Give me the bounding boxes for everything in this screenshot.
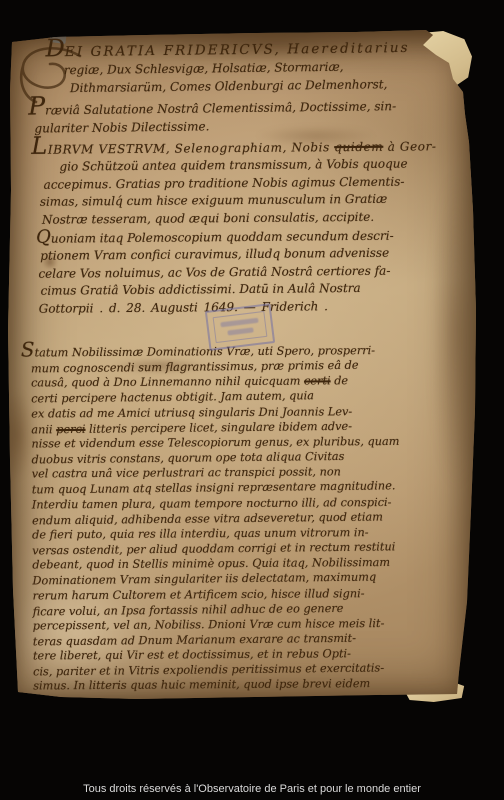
manuscript-page: DEI GRATIA FRIDERICVS, Haereditariusregi… <box>6 30 478 702</box>
text-segment: anii <box>31 423 56 436</box>
text-segment: de <box>331 375 349 388</box>
copyright-caption: Tous droits réservés à l'Observatoire de… <box>0 783 504 795</box>
stamp-illegible-text-row <box>227 327 253 335</box>
manuscript-line: LIBRVM VESTRVM, Selenographiam, Nobis qu… <box>31 134 475 159</box>
struck-word: certi <box>304 375 331 388</box>
scanned-manuscript-photo: DEI GRATIA FRIDERICVS, Haereditariusregi… <box>0 0 504 800</box>
struck-word: quidem <box>334 140 383 154</box>
letter-body: LIBRVM VESTRVM, Selenographiam, Nobis qu… <box>5 134 477 318</box>
handwritten-text: DEI GRATIA FRIDERICVS, Haereditariusregi… <box>6 30 478 702</box>
stamp-illegible-text-row <box>220 318 258 328</box>
archive-stamp-inner-border <box>213 311 268 343</box>
text-segment: à Geor- <box>383 139 436 153</box>
text-segment: litteris percipere licet, singulare ibid… <box>85 420 352 436</box>
letter-heading: DEI GRATIA FRIDERICVS, Haereditariusregi… <box>5 35 476 139</box>
letter-postscript: Statum Nobilissimæ Dominationis Vræ, uti… <box>5 339 477 694</box>
text-segment: LIBRVM VESTRVM, Selenographiam, Nobis <box>31 140 334 157</box>
text-segment: causâ, quod à Dno Linnemanno nihil quicq… <box>31 375 304 390</box>
struck-word: perci <box>56 423 85 436</box>
archive-stamp <box>205 303 275 351</box>
